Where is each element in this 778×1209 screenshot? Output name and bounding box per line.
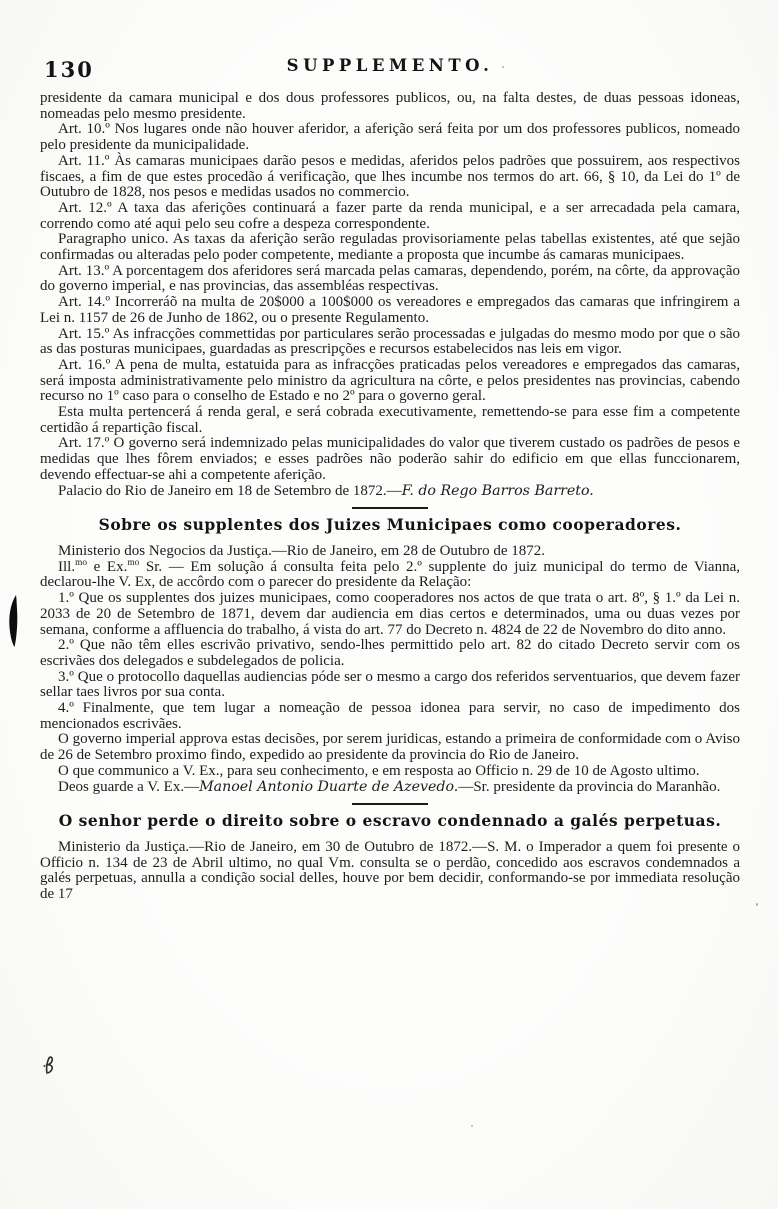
paragraph: Ill.mo e Ex.mo Sr. — Em solução á consul… bbox=[40, 560, 740, 591]
page-body: presidente da camara municipal e dos dou… bbox=[40, 91, 740, 903]
text-run: 2.º Que não têm elles escrivão privativo… bbox=[40, 637, 740, 669]
paragraph: Esta multa pertencerá á renda geral, e s… bbox=[40, 405, 740, 436]
text-run: 4.º Finalmente, que tem lugar a nomeação… bbox=[40, 700, 740, 732]
text-run: Art. 15.º As infracções commettidas por … bbox=[40, 326, 740, 358]
paper-speck bbox=[471, 1125, 473, 1127]
paragraph: Art. 14.º Incorreráõ na multa de 20$000 … bbox=[40, 295, 740, 326]
paragraph: Art. 16.º A pena de multa, estatuida par… bbox=[40, 358, 740, 405]
text-run: Deos guarde a V. Ex.— bbox=[58, 779, 199, 795]
paragraph: Art. 12.º A taxa das aferições continuar… bbox=[40, 201, 740, 232]
paragraph: 4.º Finalmente, que tem lugar a nomeação… bbox=[40, 701, 740, 732]
text-run: Art. 11.º Às camaras municipaes darão pe… bbox=[40, 153, 740, 200]
page-title: SUPPLEMENTO. bbox=[40, 56, 740, 75]
paragraph: Ministerio dos Negocios da Justiça.—Rio … bbox=[40, 544, 740, 560]
paper-speck bbox=[756, 903, 758, 906]
text-run: Ministerio da Justiça.—Rio de Janeiro, e… bbox=[40, 839, 740, 902]
signature-name: Manoel Antonio Duarte de Azevedo. bbox=[199, 779, 458, 795]
signature-name: F. do Rego Barros Barreto. bbox=[402, 483, 594, 499]
text-run: mo bbox=[75, 558, 87, 568]
paragraph: Art. 10.º Nos lugares onde não houver af… bbox=[40, 122, 740, 153]
paragraph: Art. 11.º Às camaras municipaes darão pe… bbox=[40, 154, 740, 201]
text-run: Art. 17.º O governo será indemnizado pel… bbox=[40, 435, 740, 482]
paragraph: Deos guarde a V. Ex.—Manoel Antonio Duar… bbox=[40, 780, 740, 796]
section-divider bbox=[352, 507, 428, 509]
section-divider bbox=[352, 803, 428, 805]
paragraph: Ministerio da Justiça.—Rio de Janeiro, e… bbox=[40, 840, 740, 903]
text-run: mo bbox=[127, 558, 139, 568]
text-run: —Sr. presidente da provincia do Maranhão… bbox=[458, 779, 720, 795]
paragraph: presidente da camara municipal e dos dou… bbox=[40, 91, 740, 122]
paragraph: Art. 15.º As infracções commettidas por … bbox=[40, 327, 740, 358]
paragraph: O que communico a V. Ex., para seu conhe… bbox=[40, 764, 740, 780]
text-run: Ill. bbox=[58, 559, 75, 575]
document-page: 130 SUPPLEMENTO. presidente da camara mu… bbox=[0, 0, 778, 1209]
text-run: Art. 13.º A porcentagem dos aferidores s… bbox=[40, 263, 740, 295]
margin-ink-mark bbox=[41, 1056, 55, 1074]
text-run: e Ex. bbox=[87, 559, 127, 575]
section-heading: O senhor perde o direito sobre o escravo… bbox=[40, 813, 740, 829]
text-run: Ministerio dos Negocios da Justiça.—Rio … bbox=[58, 543, 545, 559]
text-run: Esta multa pertencerá á renda geral, e s… bbox=[40, 404, 740, 436]
paragraph: Art. 17.º O governo será indemnizado pel… bbox=[40, 436, 740, 483]
text-run: presidente da camara municipal e dos dou… bbox=[40, 90, 740, 122]
text-run: 1.º Que os supplentes dos juizes municip… bbox=[40, 590, 740, 637]
page-header: 130 SUPPLEMENTO. bbox=[40, 56, 740, 86]
paragraph: Palacio do Rio de Janeiro em 18 de Setem… bbox=[40, 484, 740, 500]
paragraph: Art. 13.º A porcentagem dos aferidores s… bbox=[40, 264, 740, 295]
paragraph: 2.º Que não têm elles escrivão privativo… bbox=[40, 638, 740, 669]
text-run: O governo imperial approva estas decisõe… bbox=[40, 731, 740, 763]
page-number: 130 bbox=[44, 57, 94, 82]
text-run: Palacio do Rio de Janeiro em 18 de Setem… bbox=[58, 483, 402, 499]
section-heading: Sobre os supplentes dos Juizes Municipae… bbox=[40, 517, 740, 533]
ink-blot-mark bbox=[8, 595, 20, 647]
text-run: Art. 14.º Incorreráõ na multa de 20$000 … bbox=[40, 294, 740, 326]
text-run: Art. 16.º A pena de multa, estatuida par… bbox=[40, 357, 740, 404]
text-run: 3.º Que o protocollo daquellas audiencia… bbox=[40, 669, 740, 701]
text-run: Sr. — Em solução á consulta feita pelo 2… bbox=[40, 559, 740, 591]
text-run: Art. 10.º Nos lugares onde não houver af… bbox=[40, 121, 740, 153]
paragraph: Paragrapho unico. As taxas da aferição s… bbox=[40, 232, 740, 263]
paragraph: 3.º Que o protocollo daquellas audiencia… bbox=[40, 670, 740, 701]
text-run: Paragrapho unico. As taxas da aferição s… bbox=[40, 231, 740, 263]
paragraph: 1.º Que os supplentes dos juizes municip… bbox=[40, 591, 740, 638]
paragraph: O governo imperial approva estas decisõe… bbox=[40, 732, 740, 763]
text-run: O que communico a V. Ex., para seu conhe… bbox=[58, 763, 700, 779]
text-run: Art. 12.º A taxa das aferições continuar… bbox=[40, 200, 740, 232]
